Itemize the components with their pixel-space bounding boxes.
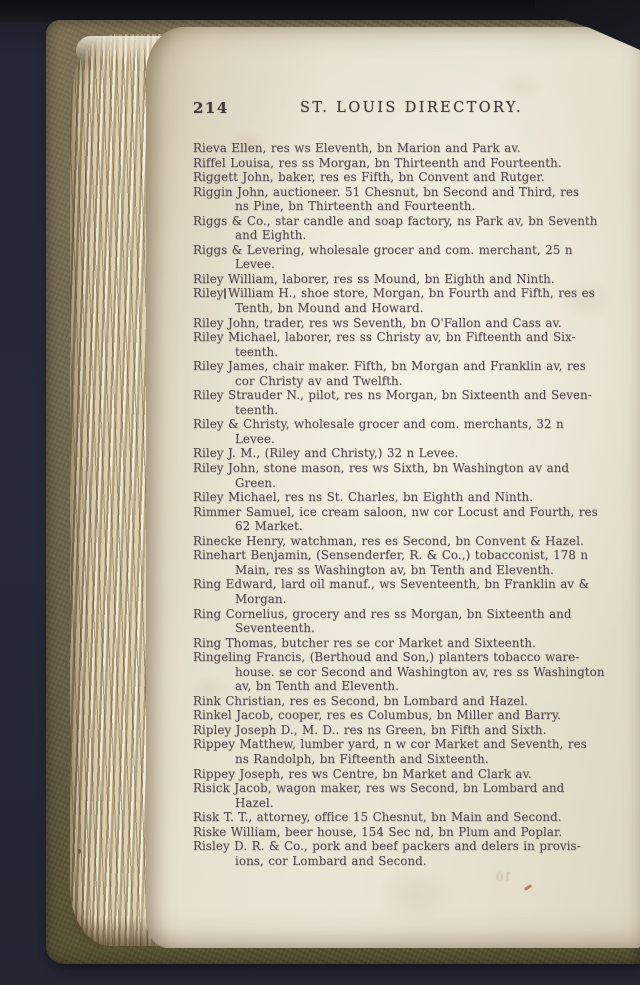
- directory-line: house. se cor Second and Washington av, …: [193, 665, 630, 680]
- directory-line: Riley John, stone mason, res ws Sixth, b…: [193, 461, 630, 476]
- directory-line: Rinkel Jacob, cooper, res es Columbus, b…: [193, 708, 630, 723]
- directory-line: Riley William H., shoe store, Morgan, bn…: [193, 286, 630, 301]
- directory-line: teenth.: [193, 345, 630, 360]
- directory-line: Riley J. M., (Riley and Christy,) 32 n L…: [193, 446, 630, 461]
- directory-line: Riske William, beer house, 154 Sec nd, b…: [193, 825, 630, 840]
- directory-line: Hazel.: [193, 796, 630, 811]
- directory-line: 62 Market.: [193, 519, 630, 534]
- directory-line: Rinecke Henry, watchman, res es Second, …: [193, 534, 630, 549]
- directory-line: Tenth, bn Mound and Howard.: [193, 301, 630, 316]
- directory-line: Riggs & Co., star candle and soap factor…: [193, 214, 630, 229]
- ink-blot-artifact: [224, 288, 226, 299]
- showthrough-numeral: 10: [496, 870, 511, 884]
- directory-line: Rink Christian, res es Second, bn Lombar…: [193, 694, 630, 709]
- directory-line: Risley D. R. & Co., pork and beef packer…: [193, 839, 630, 854]
- directory-line: Ring Edward, lard oil manuf., ws Sevente…: [193, 577, 630, 592]
- directory-line: Riggett John, baker, res es Fifth, bn Co…: [193, 170, 630, 185]
- directory-line: Riley James, chair maker. Fifth, bn Morg…: [193, 359, 630, 374]
- directory-line: Ringeling Francis, (Berthoud and Son,) p…: [193, 650, 630, 665]
- directory-line: and Eighth.: [193, 228, 630, 243]
- directory-line: Riley & Christy, wholesale grocer and co…: [193, 417, 630, 432]
- directory-line: Ring Cornelius, grocery and res ss Morga…: [193, 607, 630, 622]
- edge-dot-artifact: [78, 849, 81, 854]
- directory-line: Levee.: [193, 257, 630, 272]
- directory-line: Rippey Joseph, res ws Centre, bn Market …: [193, 767, 630, 782]
- directory-line: Riley William, laborer, res ss Mound, bn…: [193, 272, 630, 287]
- directory-line: Ripley Joseph D., M. D.. res ns Green, b…: [193, 723, 630, 738]
- directory-line: teenth.: [193, 403, 630, 418]
- directory-line: Riley Strauder N., pilot, res ns Morgan,…: [193, 388, 630, 403]
- directory-line: cor Christy av and Twelfth.: [193, 374, 630, 389]
- directory-line: Rippey Matthew, lumber yard, n w cor Mar…: [193, 737, 630, 752]
- directory-line: Rieva Ellen, res ws Eleventh, bn Marion …: [193, 141, 630, 156]
- directory-line: Riley Michael, res ns St. Charles, bn Ei…: [193, 490, 630, 505]
- directory-line: Main, res ss Washington av, bn Tenth and…: [193, 563, 630, 578]
- photo-background: { "book_page": { "page_number": "214", "…: [0, 0, 640, 985]
- directory-line: Seventeenth.: [193, 621, 630, 636]
- directory-line: Rimmer Samuel, ice cream saloon, nw cor …: [193, 505, 630, 520]
- directory-line: Riley Michael, laborer, res ss Christy a…: [193, 330, 630, 345]
- directory-line: Ring Thomas, butcher res se cor Market a…: [193, 636, 630, 651]
- directory-line: Rinehart Benjamin, (Sensenderfer, R. & C…: [193, 548, 630, 563]
- directory-line: ions, cor Lombard and Second.: [193, 854, 630, 869]
- directory-line: ns Randolph, bn Fifteenth and Sixteenth.: [193, 752, 630, 767]
- directory-line: Riggin John, auctioneer. 51 Chesnut, bn …: [193, 185, 630, 200]
- directory-line: Green.: [193, 476, 630, 491]
- directory-line: Risick Jacob, wagon maker, res ws Second…: [193, 781, 630, 796]
- directory-line: Riggs & Levering, wholesale grocer and c…: [193, 243, 630, 258]
- directory-line: Morgan.: [193, 592, 630, 607]
- page-header-title: ST. LOUIS DIRECTORY.: [193, 100, 630, 116]
- directory-line: Risk T. T., attorney, office 15 Chesnut,…: [193, 810, 630, 825]
- directory-text: Rieva Ellen, res ws Eleventh, bn Marion …: [193, 141, 630, 868]
- directory-line: av, bn Tenth and Eleventh.: [193, 679, 630, 694]
- directory-line: ns Pine, bn Thirteenth and Fourteenth.: [193, 199, 630, 214]
- directory-line: Riley John, trader, res ws Seventh, bn O…: [193, 316, 630, 331]
- directory-line: Levee.: [193, 432, 630, 447]
- directory-line: Riffel Louisa, res ss Morgan, bn Thirtee…: [193, 156, 630, 171]
